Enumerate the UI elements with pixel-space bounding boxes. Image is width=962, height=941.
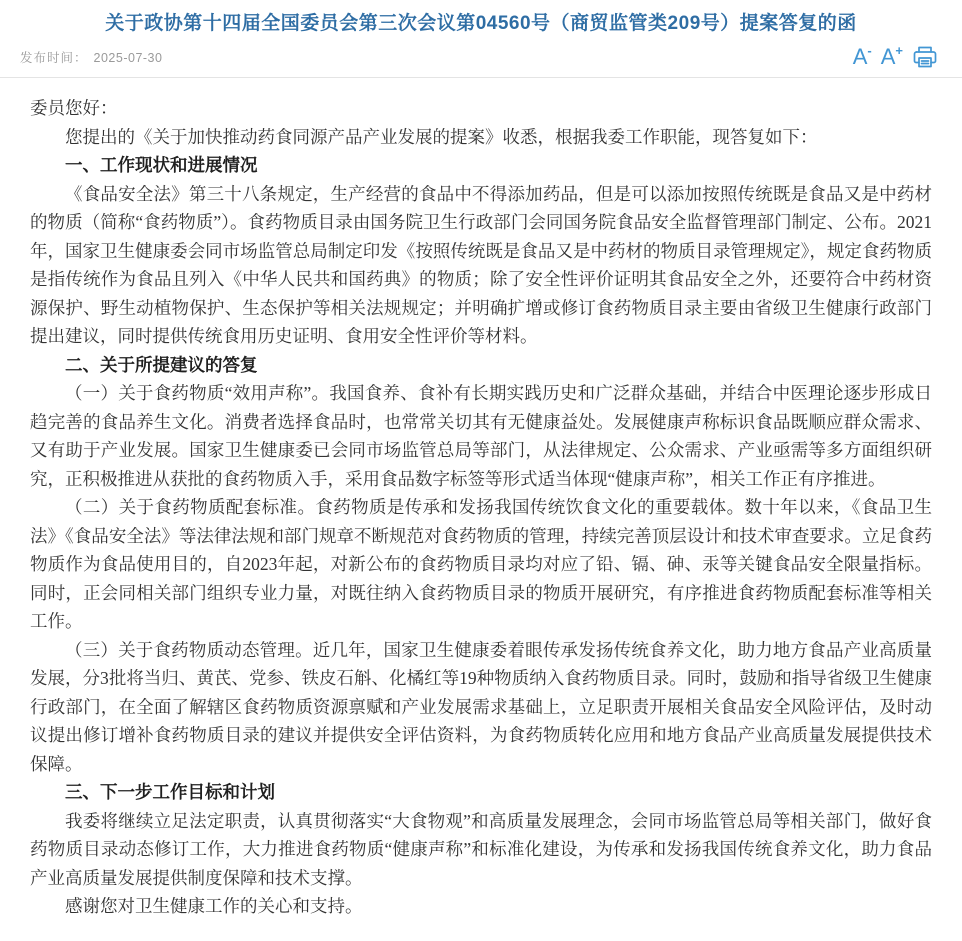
intro-paragraph: 您提出的《关于加快推动药食同源产品产业发展的提案》收悉，根据我委工作职能，现答复… (30, 123, 932, 152)
closing-line: 感谢您对卫生健康工作的关心和支持。 (30, 892, 932, 921)
minus-icon: - (867, 44, 871, 57)
section-2-item-2: （二）关于食药物质配套标准。食药物质是传承和发扬我国传统饮食文化的重要载体。数十… (30, 493, 932, 636)
greeting-line: 委员您好： (30, 94, 932, 123)
section-heading-3: 三、下一步工作目标和计划 (30, 778, 932, 807)
section-heading-2: 二、关于所提建议的答复 (30, 351, 932, 380)
section-2-item-3: （三）关于食药物质动态管理。近几年，国家卫生健康委着眼传承发扬传统食养文化，助力… (30, 636, 932, 779)
document-page: 关于政协第十四届全国委员会第三次会议第04560号（商贸监管类209号）提案答复… (0, 0, 962, 941)
page-title: 关于政协第十四届全国委员会第三次会议第04560号（商贸监管类209号）提案答复… (0, 0, 962, 39)
letter-body: 委员您好： 您提出的《关于加快推动药食同源产品产业发展的提案》收悉，根据我委工作… (0, 78, 962, 941)
page-controls: A- A+ (853, 45, 938, 69)
publish-time: 发布时间：2025-07-30 (20, 48, 162, 66)
section-heading-1: 一、工作现状和进展情况 (30, 151, 932, 180)
plus-icon: + (895, 44, 903, 57)
section-1-paragraph: 《食品安全法》第三十八条规定，生产经营的食品中不得添加药品，但是可以添加按照传统… (30, 180, 932, 351)
font-size-decrease-letter: A (853, 46, 868, 68)
publish-time-value: 2025-07-30 (94, 51, 163, 65)
printer-icon (912, 45, 938, 69)
font-size-decrease-button[interactable]: A- (853, 46, 872, 68)
section-2-item-1: （一）关于食药物质“效用声称”。我国食养、食补有长期实践历史和广泛群众基础，并结… (30, 379, 932, 493)
print-button[interactable] (912, 45, 938, 69)
font-size-increase-button[interactable]: A+ (881, 46, 903, 68)
publish-time-label: 发布时间： (20, 51, 88, 65)
font-size-increase-letter: A (881, 46, 896, 68)
meta-bar: 发布时间：2025-07-30 A- A+ (0, 39, 962, 78)
section-3-paragraph: 我委将继续立足法定职责，认真贯彻落实“大食物观”和高质量发展理念，会同市场监管总… (30, 807, 932, 893)
